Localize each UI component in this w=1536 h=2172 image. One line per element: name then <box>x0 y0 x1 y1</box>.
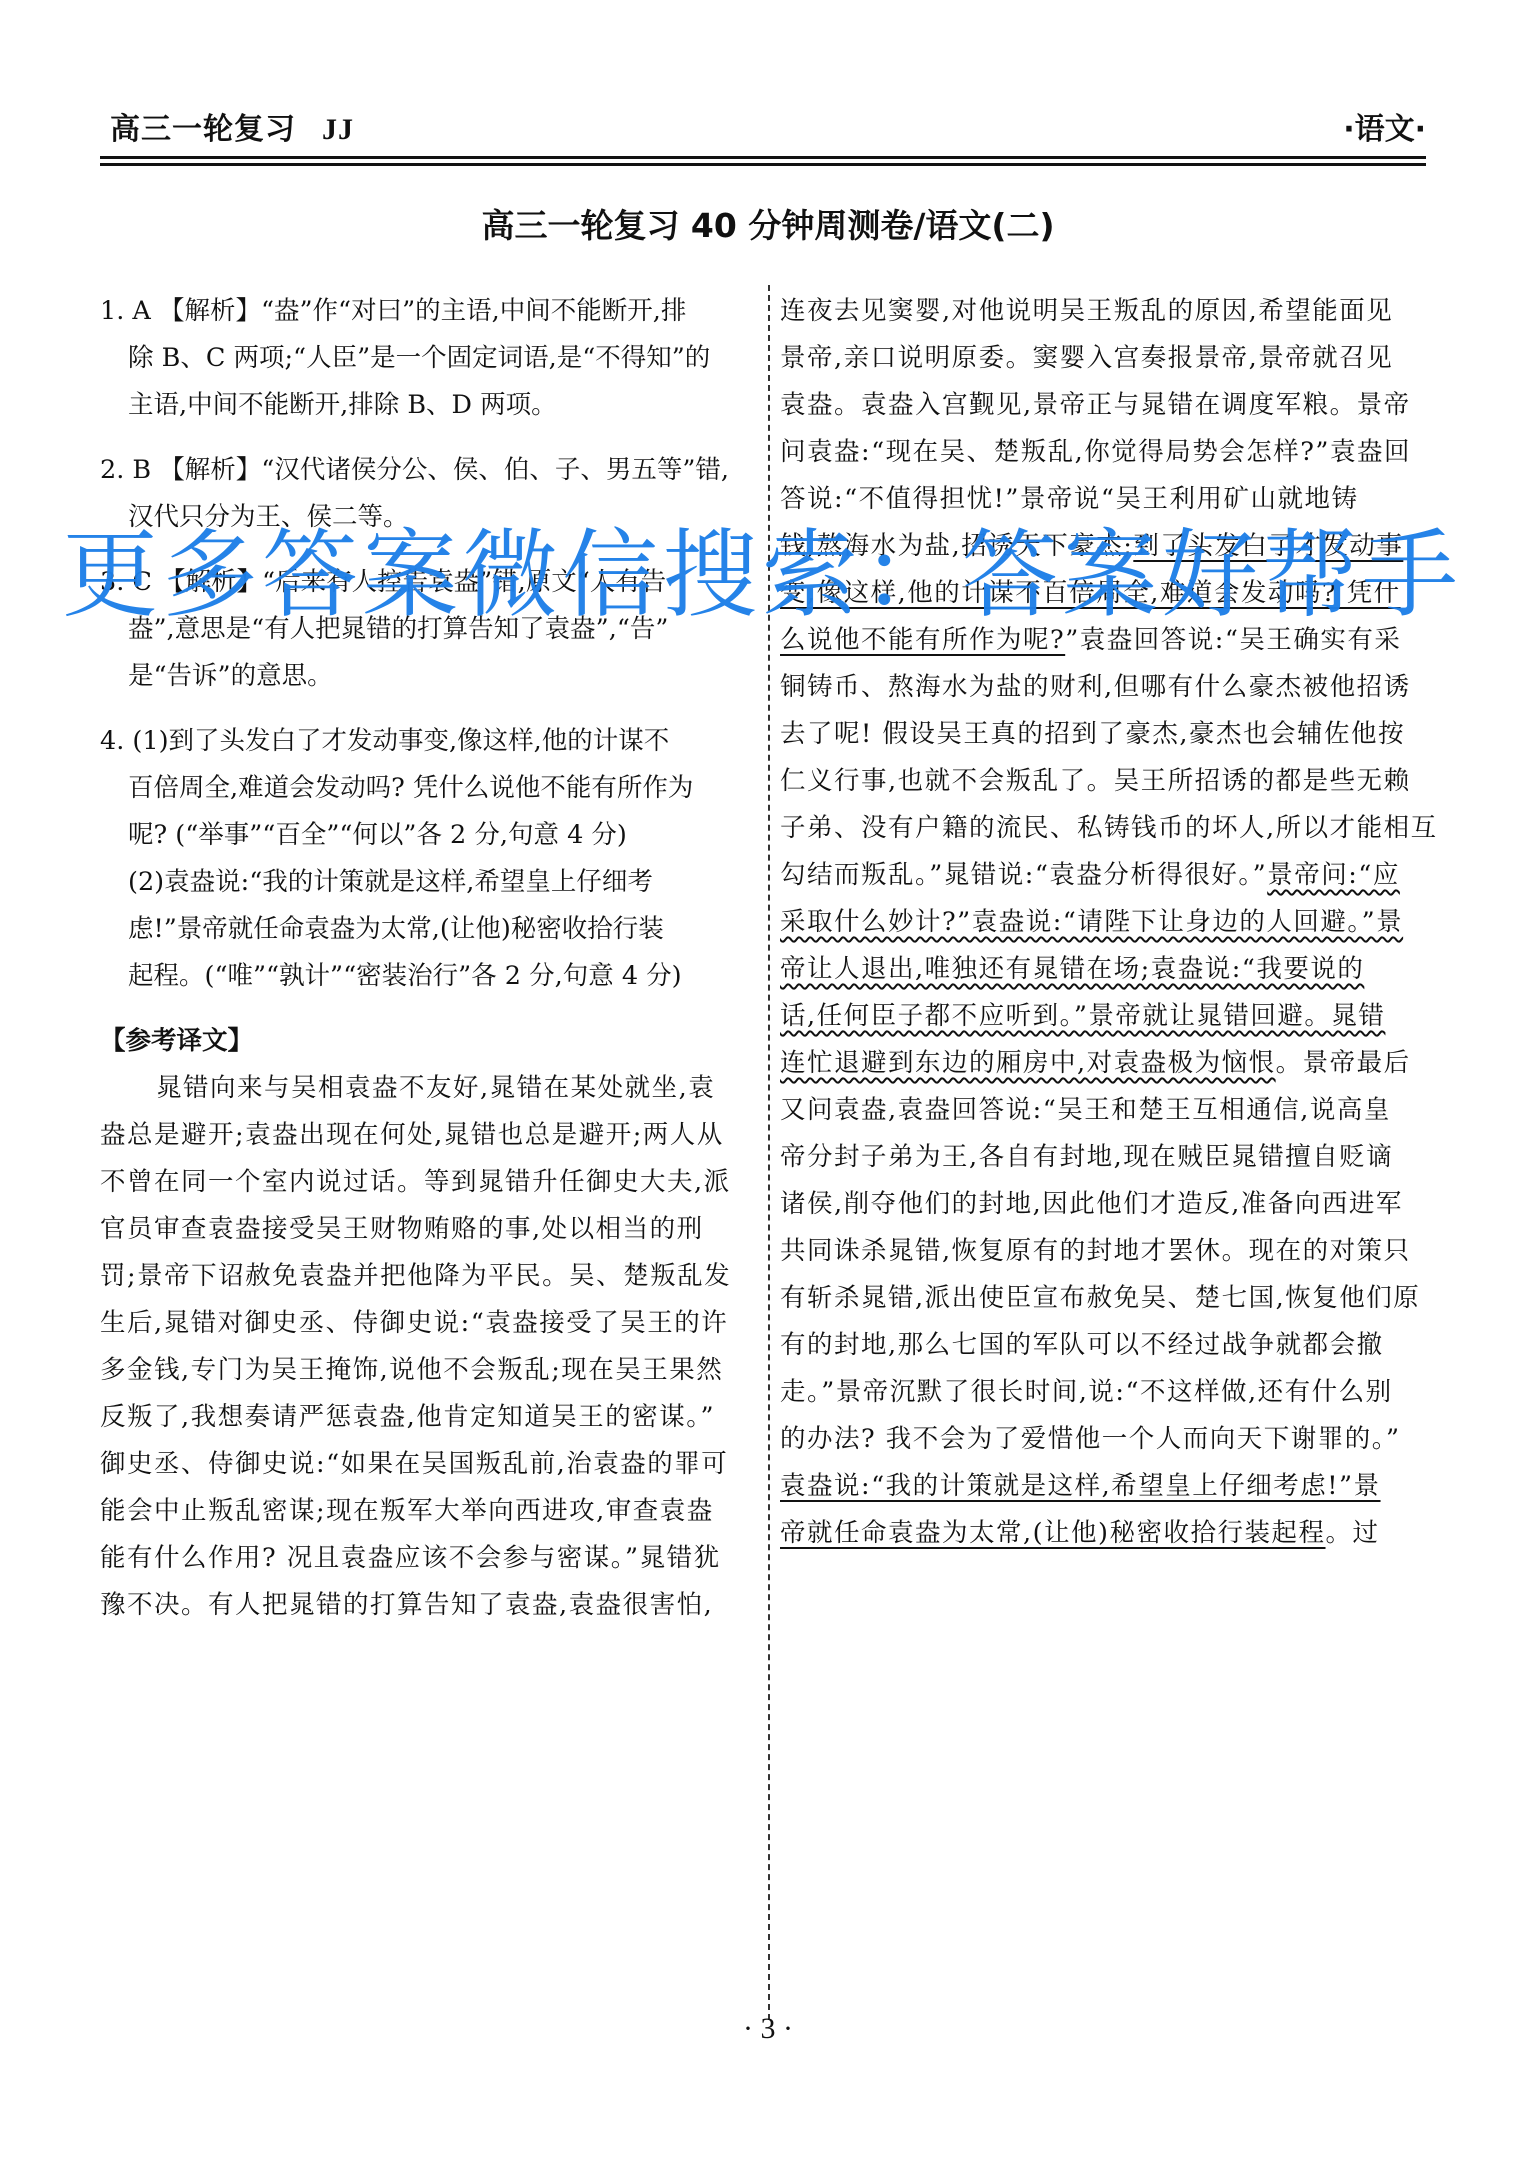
translation-line: 罚;景帝下诏赦免袁盎并把他降为平民。吴、楚叛乱发 <box>100 1253 740 1300</box>
translation-line: 又问袁盎,袁盎回答说:“吴王和楚王互相通信,说高皇 <box>780 1087 1420 1134</box>
answer-line: 起程。(“唯”“孰计”“密装治行”各 2 分,句意 4 分) <box>100 953 740 1000</box>
translation-line: 景帝,亲口说明原委。窦婴入宫奏报景帝,景帝就召见 <box>780 335 1420 382</box>
answer-line: (2)袁盎说:“我的计策就是这样,希望皇上仔细考 <box>100 859 740 906</box>
translation-line: 走。”景帝沉默了很长时间,说:“不这样做,还有什么别 <box>780 1369 1420 1416</box>
wavy-underlined-text: 连忙退避到东边的厢房中,对袁盎极为恼恨 <box>780 1048 1276 1078</box>
translation-line: 连忙退避到东边的厢房中,对袁盎极为恼恨。景帝最后 <box>780 1040 1420 1087</box>
header-title-text: 高三一轮复习 <box>110 112 296 147</box>
translation-line: 袁盎。袁盎入宫觐见,景帝正与晁错在调度军粮。景帝 <box>780 382 1420 429</box>
answer-q3: 3. C 【解析】“后来有人控告袁盎”错,原文“人有告 盎”,意思是“有人把晁错… <box>100 559 740 700</box>
translation-line: 能有什么作用? 况且袁盎应该不会参与密谋。”晁错犹 <box>100 1535 740 1582</box>
text-span: 帝分封子弟为王,各自有封地,现在贼臣晁错擅自贬谪 <box>780 1142 1393 1172</box>
text-span: 有斩杀晁错,派出使臣宣布赦免吴、楚七国,恢复他们原 <box>780 1283 1420 1313</box>
answer-line: 1. A 【解析】“盎”作“对曰”的主语,中间不能断开,排 <box>100 288 740 335</box>
translation-line: 御史丞、侍御史说:“如果在吴国叛乱前,治袁盎的罪可 <box>100 1441 740 1488</box>
text-span: 问袁盎:“现在吴、楚叛乱,你觉得局势会怎样?”袁盎回 <box>780 437 1411 467</box>
answer-line: 盎”,意思是“有人把晁错的打算告知了袁盎”,“告” <box>100 606 740 653</box>
translation-line: 反叛了,我想奏请严惩袁盎,他肯定知道吴王的密谋。” <box>100 1394 740 1441</box>
header-rule-bottom <box>100 163 1426 166</box>
text-span: 仁义行事,也就不会叛乱了。吴王所招诱的都是些无赖 <box>780 766 1411 796</box>
translation-line: 话,任何臣子都不应听到。”景帝就让晁错回避。晁错 <box>780 993 1420 1040</box>
page-title: 高三一轮复习 40 分钟周测卷/语文(二) <box>0 200 1536 247</box>
answer-q2: 2. B 【解析】“汉代诸侯分公、侯、伯、子、男五等”错, 汉代只分为王、侯二等… <box>100 447 740 541</box>
text-span: 走。”景帝沉默了很长时间,说:“不这样做,还有什么别 <box>780 1377 1393 1407</box>
translation-line: 豫不决。有人把晁错的打算告知了袁盎,袁盎很害怕, <box>100 1582 740 1629</box>
translation-line: 有斩杀晁错,派出使臣宣布赦免吴、楚七国,恢复他们原 <box>780 1275 1420 1322</box>
translation-line: 诸侯,削夺他们的封地,因此他们才造反,准备向西进军 <box>780 1181 1420 1228</box>
header-series-title: 高三一轮复习JJ <box>110 104 354 148</box>
text-span: 的办法? 我不会为了爱惜他一个人而向天下谢罪的。” <box>780 1424 1401 1454</box>
answer-q4: 4. (1)到了头发白了才发动事变,像这样,他的计谋不 百倍周全,难道会发动吗?… <box>100 718 740 1000</box>
wavy-underlined-text: 话,任何臣子都不应听到。”景帝就让晁错回避。晁错 <box>780 1001 1385 1031</box>
wavy-underlined-text: 采取什么妙计?”袁盎说:“请陛下让身边的人回避。”景 <box>780 907 1403 937</box>
translation-line: 么说他不能有所作为呢?”袁盎回答说:“吴王确实有采 <box>780 617 1420 664</box>
text-span: 又问袁盎,袁盎回答说:“吴王和楚王互相通信,说高皇 <box>780 1095 1391 1125</box>
page-number: · 3 · <box>0 2012 1536 2046</box>
text-span: 景帝,亲口说明原委。窦婴入宫奏报景帝,景帝就召见 <box>780 343 1393 373</box>
answer-line: 汉代只分为王、侯二等。 <box>100 494 740 541</box>
translation-line: 帝让人退出,唯独还有晁错在场;袁盎说:“我要说的 <box>780 946 1420 993</box>
translation-line: 有的封地,那么七国的军队可以不经过战争就都会撤 <box>780 1322 1420 1369</box>
answer-line: 主语,中间不能断开,排除 B、D 两项。 <box>100 382 740 429</box>
translation-line: 不曾在同一个室内说过话。等到晁错升任御史大夫,派 <box>100 1159 740 1206</box>
underlined-text: 变,像这样,他的计谋不百倍周全,难道会发动吗? 凭什 <box>780 578 1401 608</box>
translation-line: 能会中止叛乱密谋;现在叛军大举向西进攻,审查袁盎 <box>100 1488 740 1535</box>
underlined-text: 么说他不能有所作为呢? <box>780 625 1065 655</box>
translation-line: 帝分封子弟为王,各自有封地,现在贼臣晁错擅自贬谪 <box>780 1134 1420 1181</box>
translation-line: 仁义行事,也就不会叛乱了。吴王所招诱的都是些无赖 <box>780 758 1420 805</box>
header-rule-top <box>100 156 1426 159</box>
answer-line: 呢? (“举事”“百全”“何以”各 2 分,句意 4 分) <box>100 812 740 859</box>
translation-line: 答说:“不值得担忧!”景帝说“吴王利用矿山就地铸 <box>780 476 1420 523</box>
answer-q1: 1. A 【解析】“盎”作“对曰”的主语,中间不能断开,排 除 B、C 两项;“… <box>100 288 740 429</box>
translation-line: 去了呢! 假设吴王真的招到了豪杰,豪杰也会辅佐他按 <box>780 711 1420 758</box>
translation-line: 采取什么妙计?”袁盎说:“请陛下让身边的人回避。”景 <box>780 899 1420 946</box>
right-column: 连夜去见窦婴,对他说明吴王叛乱的原因,希望能面见景帝,亲口说明原委。窦婴入宫奏报… <box>780 288 1420 1557</box>
left-column: 1. A 【解析】“盎”作“对曰”的主语,中间不能断开,排 除 B、C 两项;“… <box>100 288 740 1629</box>
underlined-text: 到了头发白了才发动事 <box>1133 531 1403 561</box>
header-code: JJ <box>322 113 354 146</box>
text-span: 子弟、没有户籍的流民、私铸钱币的坏人,所以才能相互 <box>780 813 1438 843</box>
translation-line: 生后,晁错对御史丞、侍御史说:“袁盎接受了吴王的许 <box>100 1300 740 1347</box>
text-span: 袁盎。袁盎入宫觐见,景帝正与晁错在调度军粮。景帝 <box>780 390 1411 420</box>
translation-line: 帝就任命袁盎为太常,(让他)秘密收拾行装起程。过 <box>780 1510 1420 1557</box>
text-span: 。景帝最后 <box>1276 1048 1411 1078</box>
translation-line: 的办法? 我不会为了爱惜他一个人而向天下谢罪的。” <box>780 1416 1420 1463</box>
translation-line: 子弟、没有户籍的流民、私铸钱币的坏人,所以才能相互 <box>780 805 1420 852</box>
translation-line: 晁错向来与吴相袁盎不友好,晁错在某处就坐,袁 <box>100 1065 740 1112</box>
underlined-text: 帝就任命袁盎为太常,(让他)秘密收拾行装起程 <box>780 1518 1326 1548</box>
text-span: 去了呢! 假设吴王真的招到了豪杰,豪杰也会辅佐他按 <box>780 719 1405 749</box>
text-span: 有的封地,那么七国的军队可以不经过战争就都会撤 <box>780 1330 1384 1360</box>
answer-line: 虑!”景帝就任命袁盎为太常,(让他)秘密收拾行装 <box>100 906 740 953</box>
answer-line: 除 B、C 两项;“人臣”是一个固定词语,是“不得知”的 <box>100 335 740 382</box>
page-header: 高三一轮复习JJ ·语文· <box>110 100 1426 150</box>
text-span: 诸侯,削夺他们的封地,因此他们才造反,准备向西进军 <box>780 1189 1403 1219</box>
translation-line: 盎总是避开;袁盎出现在何处,晁错也总是避开;两人从 <box>100 1112 740 1159</box>
translation-line: 问袁盎:“现在吴、楚叛乱,你觉得局势会怎样?”袁盎回 <box>780 429 1420 476</box>
translation-line: 袁盎说:“我的计策就是这样,希望皇上仔细考虑!”景 <box>780 1463 1420 1510</box>
translation-line: 变,像这样,他的计谋不百倍周全,难道会发动吗? 凭什 <box>780 570 1420 617</box>
translation-heading: 【参考译文】 <box>100 1018 740 1065</box>
translation-line: 勾结而叛乱。”晁错说:“袁盎分析得很好。”景帝问:“应 <box>780 852 1420 899</box>
translation-line: 官员审查袁盎接受吴王财物贿赂的事,处以相当的刑 <box>100 1206 740 1253</box>
text-span: 共同诛杀晁错,恢复原有的封地才罢休。现在的对策只 <box>780 1236 1411 1266</box>
text-span: 铜铸币、熬海水为盐的财利,但哪有什么豪杰被他招诱 <box>780 672 1411 702</box>
answer-line: 是“告诉”的意思。 <box>100 653 740 700</box>
answer-line: 百倍周全,难道会发动吗? 凭什么说他不能有所作为 <box>100 765 740 812</box>
wavy-underlined-text: 景帝问:“应 <box>1267 860 1400 890</box>
answer-line: 4. (1)到了头发白了才发动事变,像这样,他的计谋不 <box>100 718 740 765</box>
text-span: 勾结而叛乱。”晁错说:“袁盎分析得很好。” <box>780 860 1267 890</box>
header-subject: ·语文· <box>1343 104 1426 148</box>
wavy-underlined-text: 帝让人退出,唯独还有晁错在场;袁盎说:“我要说的 <box>780 954 1364 984</box>
answer-line: 2. B 【解析】“汉代诸侯分公、侯、伯、子、男五等”错, <box>100 447 740 494</box>
translation-line: 铜铸币、熬海水为盐的财利,但哪有什么豪杰被他招诱 <box>780 664 1420 711</box>
text-span: 。过 <box>1326 1518 1380 1548</box>
translation-line: 共同诛杀晁错,恢复原有的封地才罢休。现在的对策只 <box>780 1228 1420 1275</box>
translation-body: 晁错向来与吴相袁盎不友好,晁错在某处就坐,袁盎总是避开;袁盎出现在何处,晁错也总… <box>100 1065 740 1629</box>
text-span: 连夜去见窦婴,对他说明吴王叛乱的原因,希望能面见 <box>780 296 1393 326</box>
text-span: 钱,熬海水为盐,招诱天下豪杰; <box>780 531 1133 561</box>
translation-line: 多金钱,专门为吴王掩饰,说他不会叛乱;现在吴王果然 <box>100 1347 740 1394</box>
underlined-text: 袁盎说:“我的计策就是这样,希望皇上仔细考虑!”景 <box>780 1471 1381 1501</box>
text-span: 答说:“不值得担忧!”景帝说“吴王利用矿山就地铸 <box>780 484 1358 514</box>
column-divider <box>768 285 770 2020</box>
translation-line: 连夜去见窦婴,对他说明吴王叛乱的原因,希望能面见 <box>780 288 1420 335</box>
translation-line: 钱,熬海水为盐,招诱天下豪杰;到了头发白了才发动事 <box>780 523 1420 570</box>
answer-line: 3. C 【解析】“后来有人控告袁盎”错,原文“人有告 <box>100 559 740 606</box>
text-span: ”袁盎回答说:“吴王确实有采 <box>1065 625 1401 655</box>
